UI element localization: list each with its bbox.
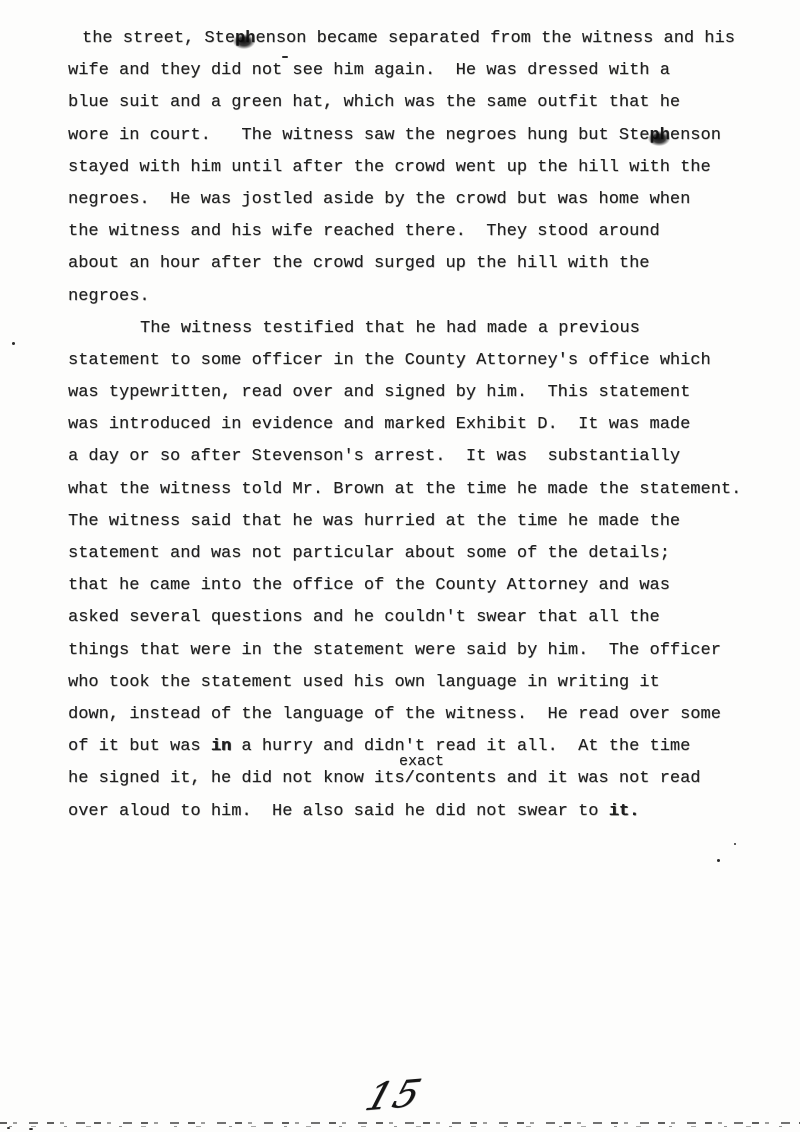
text-line: blue suit and a green hat, which was the… <box>68 87 778 119</box>
text-segment: that he came into the office of the Coun… <box>68 576 670 595</box>
text-segment: over aloud to him. He also said he did n… <box>68 802 609 821</box>
text-segment: was typewritten, read over and signed by… <box>68 383 690 402</box>
overtyped-bold-text: in <box>211 737 231 756</box>
ink-speck <box>717 859 720 862</box>
text-line: over aloud to him. He also said he did n… <box>68 796 778 828</box>
handwritten-page-number: 15 <box>361 1074 427 1116</box>
text-segment: about an hour after the crowd surged up … <box>68 254 650 273</box>
text-line: negroes. <box>68 281 778 313</box>
text-line: a day or so after Stevenson's arrest. It… <box>68 441 778 473</box>
overtyped-bold-text: it. <box>609 802 640 821</box>
typed-insertion-exact: exact <box>399 754 444 769</box>
text-block: the street, Stephenson became separated … <box>68 23 778 828</box>
text-segment: he signed it, he did not know its/conten… <box>68 769 701 788</box>
text-segment: the street, Ste <box>82 29 235 48</box>
ink-speck <box>734 843 736 845</box>
text-segment: negroes. He was jostled aside by the cro… <box>68 190 690 209</box>
text-segment: enson <box>670 126 721 145</box>
text-line: what the witness told Mr. Brown at the t… <box>68 474 778 506</box>
text-line: statement to some officer in the County … <box>68 345 778 377</box>
text-line: was typewritten, read over and signed by… <box>68 377 778 409</box>
ink-speck <box>29 1128 33 1130</box>
text-segment: things that were in the statement were s… <box>68 641 721 660</box>
ink-speck <box>7 1127 10 1129</box>
overstruck-text: ph <box>235 29 255 48</box>
text-segment: stayed with him until after the crowd we… <box>68 158 711 177</box>
text-segment: The witness testified that he had made a… <box>140 319 640 338</box>
text-line: The witness testified that he had made a… <box>68 313 778 345</box>
ink-speck <box>282 56 288 58</box>
text-line: who took the statement used his own lang… <box>68 667 778 699</box>
text-segment: blue suit and a green hat, which was the… <box>68 93 680 112</box>
text-segment: statement and was not particular about s… <box>68 544 670 563</box>
scan-edge-dots-row2 <box>0 1126 800 1127</box>
text-segment: was introduced in evidence and marked Ex… <box>68 415 690 434</box>
text-line: was introduced in evidence and marked Ex… <box>68 409 778 441</box>
scan-edge-dots-row1 <box>0 1122 800 1124</box>
scanned-document-page: the street, Stephenson became separated … <box>0 0 800 1132</box>
text-line: stayed with him until after the crowd we… <box>68 152 778 184</box>
text-segment: asked several questions and he couldn't … <box>68 608 660 627</box>
text-line: The witness said that he was hurried at … <box>68 506 778 538</box>
text-segment: a day or so after Stevenson's arrest. It… <box>68 447 680 466</box>
text-line: the witness and his wife reached there. … <box>68 216 778 248</box>
text-line: negroes. He was jostled aside by the cro… <box>68 184 778 216</box>
text-segment: of it but was <box>68 737 211 756</box>
scan-edge-artifact <box>0 1122 800 1125</box>
ink-speck <box>12 342 15 345</box>
text-line: down, instead of the language of the wit… <box>68 699 778 731</box>
text-line: statement and was not particular about s… <box>68 538 778 570</box>
text-segment: what the witness told Mr. Brown at the t… <box>68 480 741 499</box>
text-line: things that were in the statement were s… <box>68 635 778 667</box>
text-segment: the witness and his wife reached there. … <box>68 222 660 241</box>
text-segment: wife and they did not see him again. He … <box>68 61 670 80</box>
text-segment: wore in court. The witness saw the negro… <box>68 126 650 145</box>
text-segment: statement to some officer in the County … <box>68 351 711 370</box>
text-segment: enson became separated from the witness … <box>255 29 734 48</box>
text-segment: negroes. <box>68 287 150 306</box>
text-line: the street, Stephenson became separated … <box>68 23 778 55</box>
text-line: asked several questions and he couldn't … <box>68 602 778 634</box>
overstruck-text: ph <box>650 126 670 145</box>
text-line: that he came into the office of the Coun… <box>68 570 778 602</box>
text-segment: a hurry and didn't read it all. At the t… <box>231 737 690 756</box>
text-segment: who took the statement used his own lang… <box>68 673 660 692</box>
text-line: wore in court. The witness saw the negro… <box>68 120 778 152</box>
text-line: wife and they did not see him again. He … <box>68 55 778 87</box>
text-line: about an hour after the crowd surged up … <box>68 248 778 280</box>
text-segment: down, instead of the language of the wit… <box>68 705 721 724</box>
text-segment: The witness said that he was hurried at … <box>68 512 680 531</box>
